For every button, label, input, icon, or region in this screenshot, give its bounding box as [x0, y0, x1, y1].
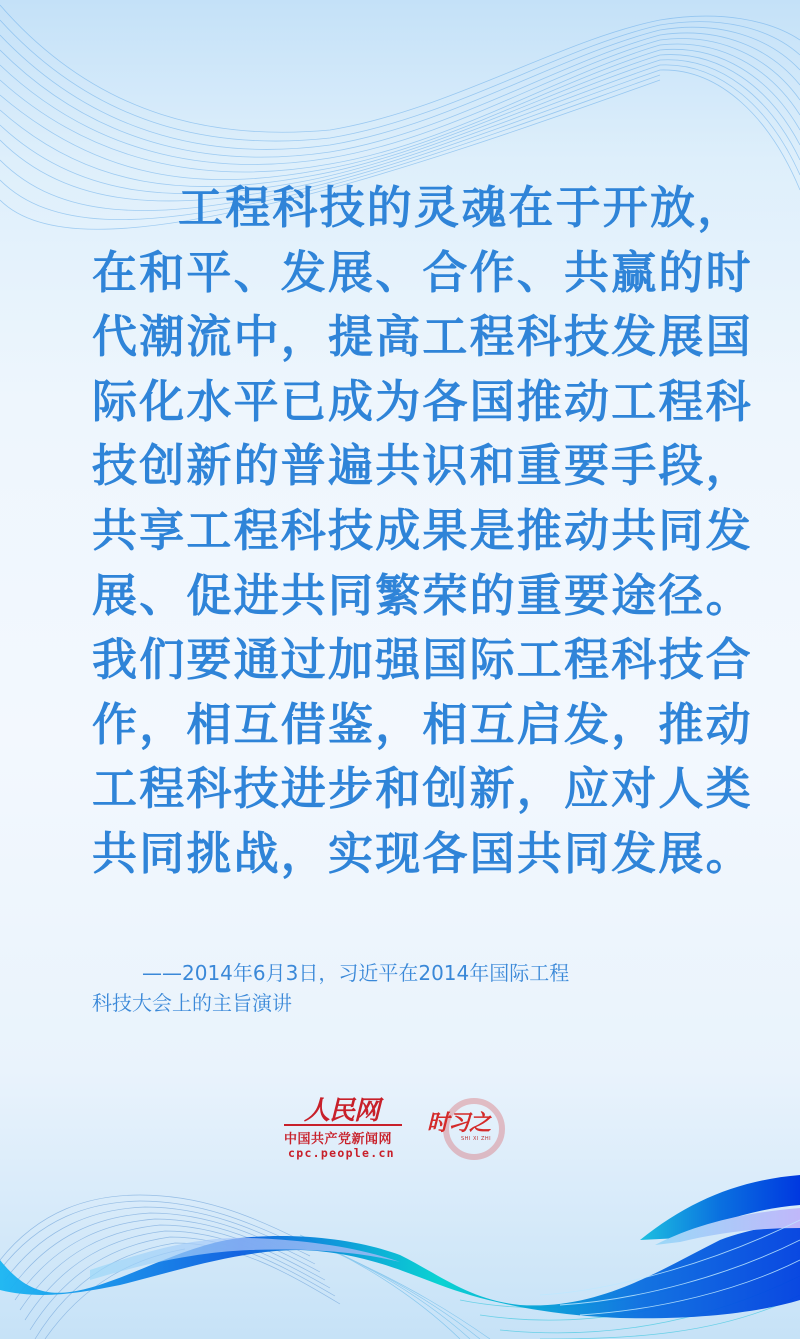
people-daily-logo: 人民网 中国共产党新闻网 cpc.people.cn: [278, 1090, 408, 1162]
quote-line: 展、促进共同繁荣的重要途径。: [92, 564, 732, 629]
quote-text: 工程科技的灵魂在于开放， 在和平、发展、合作、共赢的时 代潮流中，提高工程科技发…: [92, 176, 732, 887]
quote-line: 际化水平已成为各国推动工程科: [92, 370, 732, 435]
quote-line: 技创新的普遍共识和重要手段，: [92, 434, 732, 499]
quote-line: 我们要通过加强国际工程科技合: [92, 628, 732, 693]
source-line: 科技大会上的主旨演讲: [92, 988, 732, 1018]
shixizhi-logo: 时习之 SHI XI ZHI: [423, 1092, 528, 1170]
shixizhi-title: 时习之: [427, 1106, 490, 1137]
quote-line: 在和平、发展、合作、共赢的时: [92, 241, 732, 306]
logo-group: 人民网 中国共产党新闻网 cpc.people.cn 时习之 SHI XI ZH…: [278, 1090, 528, 1170]
quote-line: 共同挑战，实现各国共同发展。: [92, 822, 732, 887]
quote-line: 工程科技的灵魂在于开放，: [92, 176, 732, 241]
people-name: 中国共产党新闻网: [284, 1128, 392, 1147]
people-url: cpc.people.cn: [288, 1146, 395, 1160]
source-line: ——2014年6月3日，习近平在2014年国际工程: [92, 958, 732, 988]
quote-line: 作，相互借鉴，相互启发，推动: [92, 693, 732, 758]
quote-line: 工程科技进步和创新，应对人类: [92, 757, 732, 822]
quote-source: ——2014年6月3日，习近平在2014年国际工程 科技大会上的主旨演讲: [92, 958, 732, 1018]
quote-line: 共享工程科技成果是推动共同发: [92, 499, 732, 564]
people-script-logo: 人民网: [304, 1090, 379, 1127]
shixizhi-pinyin: SHI XI ZHI: [461, 1136, 491, 1142]
quote-line: 代潮流中，提高工程科技发展国: [92, 305, 732, 370]
logo-divider: [284, 1124, 402, 1126]
